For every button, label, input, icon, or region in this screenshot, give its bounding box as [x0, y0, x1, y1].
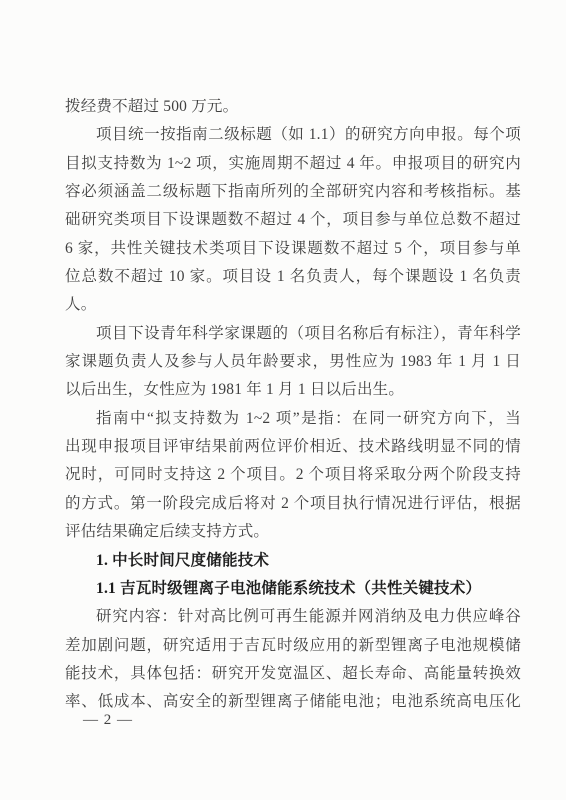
text-line: 率、低成本、高安全的新型锂离子储能电池；电池系统高电压化 [65, 688, 521, 716]
text-line: 目拟支持数为 1~2 项，实施周期不超过 4 年。申报项目的研究内 [65, 150, 521, 178]
section-heading-text: 1. 中长时间尺度储能技术 [65, 547, 521, 575]
section-heading: 1. 中长时间尺度储能技术 [65, 547, 521, 575]
page-number: — 2 — [83, 706, 133, 734]
text-block: 拨经费不超过 500 万元。 项目统一按指南二级标题（如 1.1）的研究方向申报… [65, 93, 521, 717]
text-line: 容必须涵盖二级标题下指南所列的全部研究内容和考核指标。基 [65, 178, 521, 206]
text-line: 家课题负责人及参与人员年龄要求，男性应为 1983 年 1 月 1 日 [65, 348, 521, 376]
paragraph: 拨经费不超过 500 万元。 [65, 93, 521, 121]
text-line: 研究内容：针对高比例可再生能源并网消纳及电力供应峰谷 [65, 603, 521, 631]
text-line: 拨经费不超过 500 万元。 [65, 93, 521, 121]
text-line: 指南中“拟支持数为 1~2 项”是指：在同一研究方向下，当 [65, 405, 521, 433]
paragraph: 项目统一按指南二级标题（如 1.1）的研究方向申报。每个项 目拟支持数为 1~2… [65, 121, 521, 319]
text-line: 项目统一按指南二级标题（如 1.1）的研究方向申报。每个项 [65, 121, 521, 149]
text-line: 础研究类项目下设课题数不超过 4 个，项目参与单位总数不超过 [65, 206, 521, 234]
document-page: 拨经费不超过 500 万元。 项目统一按指南二级标题（如 1.1）的研究方向申报… [0, 0, 566, 800]
text-line: 评估结果确定后续支持方式。 [65, 518, 521, 546]
text-line: 出现申报项目评审结果前两位评价相近、技术路线明显不同的情 [65, 433, 521, 461]
text-line: 能技术，具体包括：研究开发宽温区、超长寿命、高能量转换效 [65, 660, 521, 688]
text-line: 况时，可同时支持这 2 个项目。2 个项目将采取分两个阶段支持 [65, 461, 521, 489]
text-line: 以后出生，女性应为 1981 年 1 月 1 日以后出生。 [65, 376, 521, 404]
text-line: 6 家，共性关键技术类项目下设课题数不超过 5 个，项目参与单 [65, 235, 521, 263]
paragraph: 项目下设青年科学家课题的（项目名称后有标注），青年科学 家课题负责人及参与人员年… [65, 320, 521, 405]
paragraph: 研究内容：针对高比例可再生能源并网消纳及电力供应峰谷 差加剧问题，研究适用于吉瓦… [65, 603, 521, 716]
subsection-heading: 1.1 吉瓦时级锂离子电池储能系统技术（共性关键技术） [65, 575, 521, 603]
text-line: 的方式。第一阶段完成后将对 2 个项目执行情况进行评估，根据 [65, 490, 521, 518]
subsection-heading-text: 1.1 吉瓦时级锂离子电池储能系统技术（共性关键技术） [65, 575, 521, 603]
text-line: 项目下设青年科学家课题的（项目名称后有标注），青年科学 [65, 320, 521, 348]
paragraph: 指南中“拟支持数为 1~2 项”是指：在同一研究方向下，当 出现申报项目评审结果… [65, 405, 521, 547]
text-line: 位总数不超过 10 家。项目设 1 名负责人，每个课题设 1 名负责 [65, 263, 521, 291]
text-line: 差加剧问题，研究适用于吉瓦时级应用的新型锂离子电池规模储 [65, 632, 521, 660]
text-line: 人。 [65, 291, 521, 319]
